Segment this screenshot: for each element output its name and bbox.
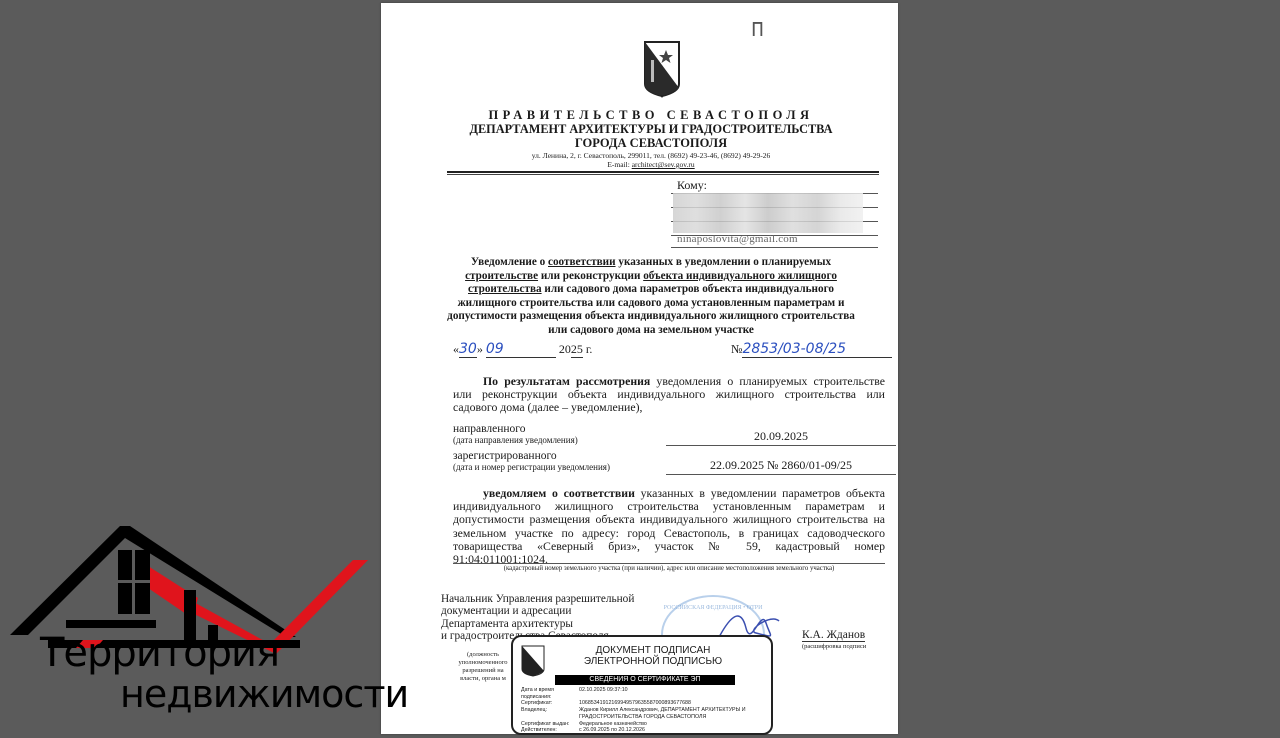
- position-line: документации и адресации: [441, 605, 634, 617]
- title-underlined: соответствии: [548, 256, 616, 268]
- registered-label: зарегистрированного: [453, 450, 557, 462]
- intro-bold: По результатам рассмотрения: [483, 374, 650, 388]
- cadastral-caption: (кадастровый номер земельного участка (п…: [453, 565, 885, 572]
- date-year-suffix: 25: [571, 342, 583, 358]
- title-part: указанных в уведомлении о планируемых: [616, 256, 832, 268]
- cert-value: 02.10.2025 09:37:10: [579, 687, 766, 700]
- electronic-signature-block: ДОКУМЕНТ ПОДПИСАН ЭЛЕКТРОННОЙ ПОДПИСЬЮ С…: [511, 635, 773, 735]
- redacted-recipient: [673, 193, 863, 233]
- recipient-label: Кому:: [677, 178, 707, 193]
- title-underlined: строительстве: [465, 270, 538, 282]
- notice-number: №2853/03-08/25: [731, 341, 892, 358]
- signature-title: ДОКУМЕНТ ПОДПИСАН ЭЛЕКТРОННОЙ ПОДПИСЬЮ: [543, 645, 763, 667]
- cert-value: Федеральное казначейство: [579, 721, 766, 728]
- notice-paragraph: уведомляем о соответствии указанных в ув…: [453, 487, 885, 566]
- signatory-name-caption: (расшифровка подписи: [802, 643, 866, 650]
- position-line: Департамента архитектуры: [441, 618, 634, 630]
- title-part: или реконструкции: [538, 270, 643, 282]
- sent-label: направленного: [453, 423, 525, 435]
- sent-date-value: 20.09.2025: [666, 429, 896, 446]
- date-year-unit: г.: [583, 342, 593, 356]
- intro-paragraph: По результатам рассмотрения уведомления …: [453, 375, 885, 415]
- cert-row: Сертификат выдан:Федеральное казначейств…: [521, 721, 766, 728]
- position-line: Начальник Управления разрешительной: [441, 593, 634, 605]
- notice-bold: уведомляем о соответствии: [483, 486, 635, 500]
- cert-key: Сертификат:: [521, 700, 579, 707]
- certificate-bar: СВЕДЕНИЯ О СЕРТИФИКАТЕ ЭП: [555, 675, 735, 685]
- caption-line: власти, органа м: [453, 675, 513, 683]
- email-link[interactable]: architect@sev.gov.ru: [632, 160, 695, 169]
- cert-key: Дата и время подписания:: [521, 687, 579, 700]
- recipient-line: [671, 247, 878, 248]
- cadastral-line: [453, 563, 885, 564]
- cert-row: Сертификат:10685341912169949579635587000…: [521, 700, 766, 707]
- cert-row: Действителен:с 26.09.2025 по 20.12.2026: [521, 727, 766, 734]
- header-divider-thin: [447, 174, 879, 175]
- quote: »: [477, 342, 483, 356]
- header-divider: [447, 171, 879, 173]
- cert-key: Действителен:: [521, 727, 579, 734]
- department-name: ДЕПАРТАМЕНТ АРХИТЕКТУРЫ И ГРАДОСТРОИТЕЛЬ…: [441, 122, 861, 136]
- handwritten-mark: п: [751, 11, 764, 42]
- certificate-details: Дата и время подписания:02.10.2025 09:37…: [521, 687, 766, 734]
- government-name: ПРАВИТЕЛЬСТВО СЕВАСТОПОЛЯ: [441, 108, 861, 122]
- registered-caption: (дата и номер регистрации уведомления): [453, 462, 610, 472]
- cert-value: с 26.09.2025 по 20.12.2026: [579, 727, 766, 734]
- date-day: 30: [459, 341, 477, 358]
- recipient-email: ninaposlovita@gmail.com: [677, 233, 798, 245]
- cert-key: Владелец:: [521, 707, 579, 720]
- number-prefix: №: [731, 342, 742, 356]
- registered-value: 22.09.2025 № 2860/01-09/25: [666, 458, 896, 475]
- department-email: E-mail: architect@sev.gov.ru: [441, 160, 861, 169]
- cert-row: Дата и время подписания:02.10.2025 09:37…: [521, 687, 766, 700]
- notice-date: «30» 09 2025 г.: [453, 341, 592, 358]
- coat-of-arms-icon: [521, 645, 545, 677]
- cert-value: Жданов Кирилл Александрович, ДЕПАРТАМЕНТ…: [579, 707, 766, 720]
- city-name: ГОРОДА СЕВАСТОПОЛЯ: [441, 136, 861, 150]
- title-part: Уведомление о: [471, 256, 548, 268]
- date-year-prefix: 20: [559, 342, 571, 356]
- notice-title: Уведомление о соответствии указанных в у…: [441, 256, 861, 338]
- email-label: E-mail:: [607, 160, 631, 169]
- document-page: п ПРАВИТЕЛЬСТВО СЕВАСТОПОЛЯ ДЕПАРТАМЕНТ …: [381, 3, 898, 734]
- signatory-name: К.А. Жданов: [802, 629, 865, 642]
- logo-text-line2: недвижимости: [120, 674, 408, 714]
- cert-value: 10685341912169949579635587000893677688: [579, 700, 766, 707]
- number-value: 2853/03-08/25: [742, 341, 892, 358]
- sent-caption: (дата направления уведомления): [453, 435, 578, 445]
- caption-line: разрешений на: [453, 667, 513, 675]
- signature-title-line: ДОКУМЕНТ ПОДПИСАН: [543, 645, 763, 656]
- signature-title-line: ЭЛЕКТРОННОЙ ПОДПИСЬЮ: [543, 656, 763, 667]
- caption-line: (должность уполномоченного: [453, 651, 513, 667]
- department-address: ул. Ленина, 2, г. Севастополь, 299011, т…: [441, 151, 861, 160]
- logo-text-line1: Территория: [40, 633, 279, 673]
- cert-row: Владелец:Жданов Кирилл Александрович, ДЕ…: [521, 707, 766, 720]
- position-caption: (должность уполномоченного разрешений на…: [453, 651, 513, 683]
- date-month: 09: [486, 341, 556, 358]
- sevastopol-coat-of-arms-icon: [643, 40, 681, 100]
